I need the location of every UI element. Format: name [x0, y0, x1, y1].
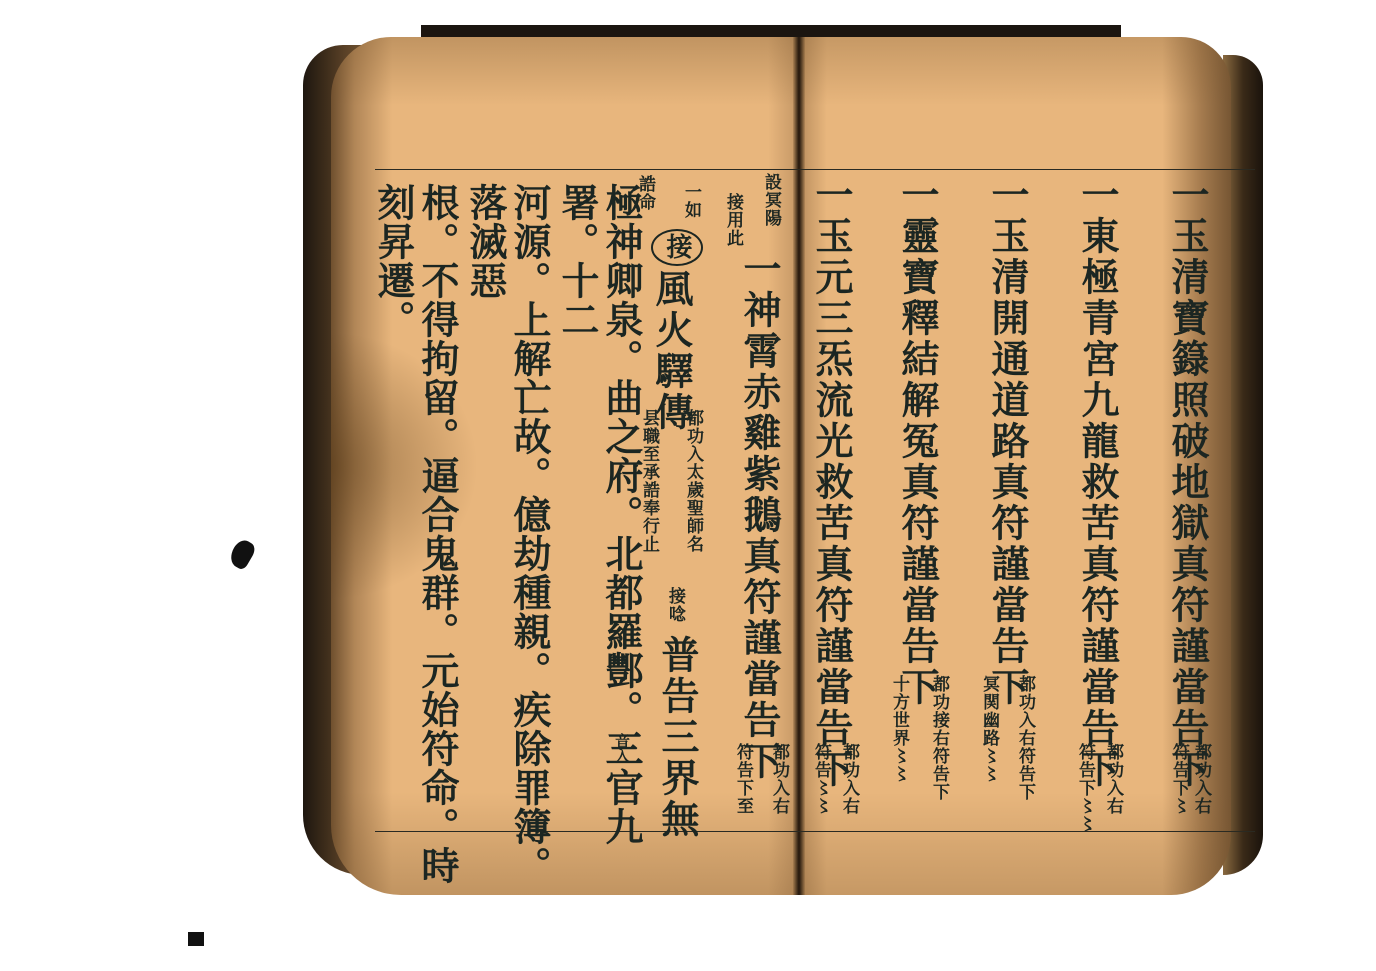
right-col-2-main: 一東極青宮九龍救苦真符謹當告下: [1075, 175, 1119, 790]
right-col-3-main: 一玉清開通道路真符謹當告下: [985, 175, 1029, 708]
right-col-5-note-left: 符告〻〻: [811, 743, 831, 815]
left-col-1-main: 一神霄赤雞紫鵝真符謹當告下: [737, 249, 781, 782]
right-col-1-note-left: 符告下〻: [1169, 743, 1189, 815]
right-col-4-main: 一靈寶釋結解冤真符謹當告下: [895, 175, 939, 708]
right-col-1-main: 一玉清寶籙照破地獄真符謹當告下: [1165, 175, 1209, 790]
right-col-5-main: 一玉元三炁流光救苦真符謹當告下: [809, 175, 853, 790]
right-col-2-note-left: 符告下〻〻: [1075, 743, 1095, 833]
left-col-3-main: 極神卿泉。曲之府。北都羅酆。三官九署。十二: [555, 183, 643, 905]
left-col-1-header-left: 接用此: [723, 193, 743, 247]
right-col-2-note-right: 都功入右: [1103, 743, 1123, 815]
ink-blot-mark-small: [188, 932, 204, 946]
left-col-4-main: 河源。上解亡故。億劫種親。疾除罪簿。落滅惡: [463, 183, 551, 905]
left-col-1-note-left: 符告下至: [733, 743, 753, 815]
right-col-5-note-right: 都功入右: [839, 743, 859, 815]
left-col-2-header-right: 一如: [681, 183, 701, 219]
open-book: 一玉清寶籙照破地獄真符謹當告下 都功入右 符告下〻 一東極青宮九龍救苦真符謹當告…: [303, 25, 1263, 905]
right-col-3-note-left: 冥関幽路〻〻: [979, 675, 999, 783]
left-col-2-note-right: 都功入太歲聖師名: [683, 409, 703, 553]
ink-blot-mark: [226, 537, 257, 571]
left-col-2-circled-char: 接: [651, 225, 703, 270]
right-col-1-note-right: 都功入右: [1191, 743, 1211, 815]
left-col-2-sub-header: 接唸: [665, 587, 685, 623]
right-col-4-note-right: 都功接右符告下: [929, 675, 949, 801]
book-gutter: [793, 37, 805, 895]
left-col-2-main2: 普告三界無: [655, 635, 699, 840]
left-col-1-header-right: 設冥陽: [761, 173, 781, 227]
right-col-4-note-left: 十方世界〻〻: [889, 675, 909, 783]
right-col-3-note-right: 都功入右符告下: [1015, 675, 1035, 801]
circled-jie-mark: 接: [651, 229, 703, 266]
left-col-5-main: 根。不得拘留。逼合鬼群。元始符命。時刻昇遷。: [371, 183, 459, 905]
top-border-rule: [375, 169, 1255, 170]
left-col-1-note-right: 都功入右: [769, 743, 789, 815]
left-col-3-side-note: 音入: [613, 733, 631, 763]
